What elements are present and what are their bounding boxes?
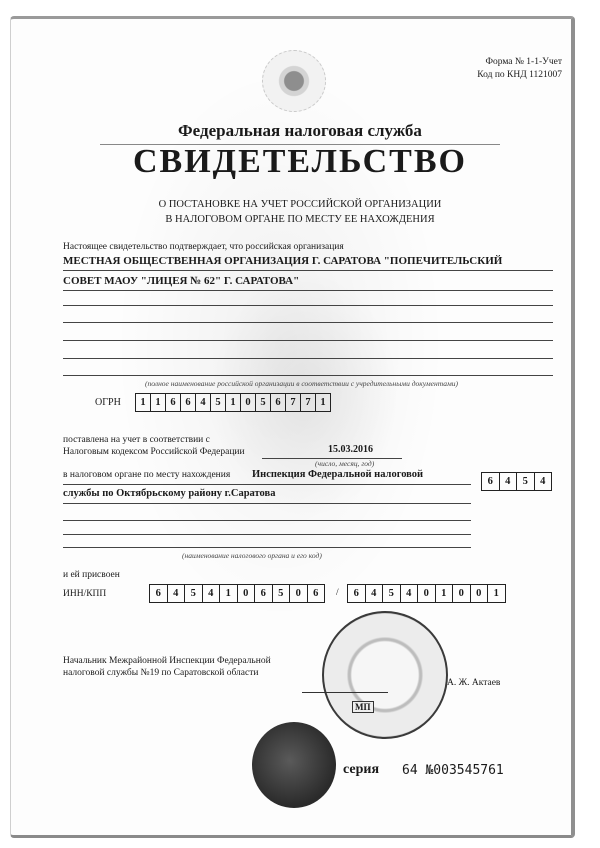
registration-line: поставлена на учет в соответствии с: [63, 435, 210, 445]
digit-cell: 1: [136, 394, 151, 411]
digit-cell: 6: [271, 394, 286, 411]
digit-cell: 1: [226, 394, 241, 411]
signatory-position: Начальник Межрайонной Инспекции Федераль…: [63, 655, 271, 679]
digit-cell: 0: [241, 394, 256, 411]
organization-name-line: СОВЕТ МАОУ "ЛИЦЕЯ № 62" Г. САРАТОВА": [63, 275, 299, 287]
inn-boxes: 6454106506: [149, 584, 325, 603]
rule: [63, 547, 471, 548]
digit-cell: 0: [453, 585, 471, 602]
subtitle-line: О ПОСТАНОВКЕ НА УЧЕТ РОССИЙСКОЙ ОРГАНИЗА…: [0, 197, 600, 212]
authority-code-boxes: 6454: [481, 472, 552, 491]
rule: [63, 305, 553, 306]
rule: [63, 534, 471, 535]
digit-cell: 5: [383, 585, 401, 602]
official-stamp-icon: [322, 611, 448, 739]
digit-cell: 0: [290, 585, 308, 602]
digit-cell: 5: [273, 585, 291, 602]
rule: [63, 322, 553, 323]
hologram-seal-icon: [252, 722, 336, 808]
digit-cell: 4: [535, 473, 552, 490]
position-line: Начальник Межрайонной Инспекции Федераль…: [63, 655, 271, 667]
digit-cell: 7: [286, 394, 301, 411]
organization-name-hint: (полное наименование российской организа…: [145, 379, 458, 388]
registration-date: 15.03.2016: [328, 444, 373, 455]
rule: [63, 375, 553, 376]
digit-cell: 6: [348, 585, 366, 602]
rule: [63, 503, 471, 504]
digit-cell: 4: [196, 394, 211, 411]
form-identifier: Форма № 1-1-Учет Код по КНД 1121007: [477, 56, 562, 82]
signature-line: [302, 692, 388, 693]
authority-prefix: в налоговом органе по месту нахождения: [63, 470, 230, 480]
date-hint: (число, месяц, год): [315, 459, 374, 468]
digit-cell: 6: [181, 394, 196, 411]
digit-cell: 6: [166, 394, 181, 411]
serial-label: серия: [343, 762, 379, 778]
assigned-label: и ей присвоен: [63, 570, 120, 580]
ogrn-label: ОГРН: [95, 397, 121, 408]
kpp-boxes: 645401001: [347, 584, 506, 603]
digit-cell: 1: [316, 394, 330, 411]
rule: [63, 270, 553, 271]
digit-cell: 4: [500, 473, 518, 490]
registration-line: Налоговым кодексом Российской Федерации: [63, 447, 245, 457]
digit-cell: 1: [151, 394, 166, 411]
digit-cell: 6: [255, 585, 273, 602]
rule: [63, 290, 553, 291]
authority-hint: (наименование налогового органа и его ко…: [182, 551, 322, 560]
rule: [63, 520, 471, 521]
ogrn-boxes: 1166451056771: [135, 393, 331, 412]
digit-cell: 5: [185, 585, 203, 602]
digit-cell: 1: [220, 585, 238, 602]
document-title: СВИДЕТЕЛЬСТВО: [0, 143, 600, 181]
serial-number: 64 №003545761: [402, 763, 504, 778]
digit-cell: 5: [517, 473, 535, 490]
rule: [63, 358, 553, 359]
position-line: налоговой службы №19 по Саратовской обла…: [63, 667, 271, 679]
stamp-place-label: МП: [352, 701, 374, 713]
digit-cell: 6: [308, 585, 325, 602]
signatory-name: А. Ж. Актаев: [447, 678, 500, 688]
digit-cell: 6: [482, 473, 500, 490]
digit-cell: 4: [168, 585, 186, 602]
digit-cell: 0: [418, 585, 436, 602]
organization-name-line: МЕСТНАЯ ОБЩЕСТВЕННАЯ ОРГАНИЗАЦИЯ Г. САРА…: [63, 255, 502, 267]
document-subtitle: О ПОСТАНОВКЕ НА УЧЕТ РОССИЙСКОЙ ОРГАНИЗА…: [0, 197, 600, 227]
digit-cell: 6: [150, 585, 168, 602]
digit-cell: 1: [436, 585, 454, 602]
coat-of-arms-emblem-icon: [262, 50, 326, 112]
digit-cell: 4: [366, 585, 384, 602]
digit-cell: 4: [401, 585, 419, 602]
rule: [63, 340, 553, 341]
form-number: Форма № 1-1-Учет: [477, 56, 562, 69]
rule: [63, 484, 471, 485]
organization-intro: Настоящее свидетельство подтверждает, чт…: [63, 242, 344, 252]
digit-cell: 1: [488, 585, 505, 602]
authority-name-line: службы по Октябрьскому району г.Саратова: [63, 488, 275, 499]
inn-kpp-label: ИНН/КПП: [63, 589, 106, 599]
digit-cell: 5: [256, 394, 271, 411]
authority-name-line: Инспекция Федеральной налоговой: [252, 469, 423, 480]
digit-cell: 4: [203, 585, 221, 602]
agency-name: Федеральная налоговая служба: [0, 121, 600, 141]
digit-cell: 5: [211, 394, 226, 411]
inn-kpp-separator: /: [336, 588, 339, 598]
subtitle-line: В НАЛОГОВОМ ОРГАНЕ ПО МЕСТУ ЕЕ НАХОЖДЕНИ…: [0, 212, 600, 227]
digit-cell: 0: [471, 585, 489, 602]
digit-cell: 7: [301, 394, 316, 411]
knd-code: Код по КНД 1121007: [477, 69, 562, 82]
digit-cell: 0: [238, 585, 256, 602]
